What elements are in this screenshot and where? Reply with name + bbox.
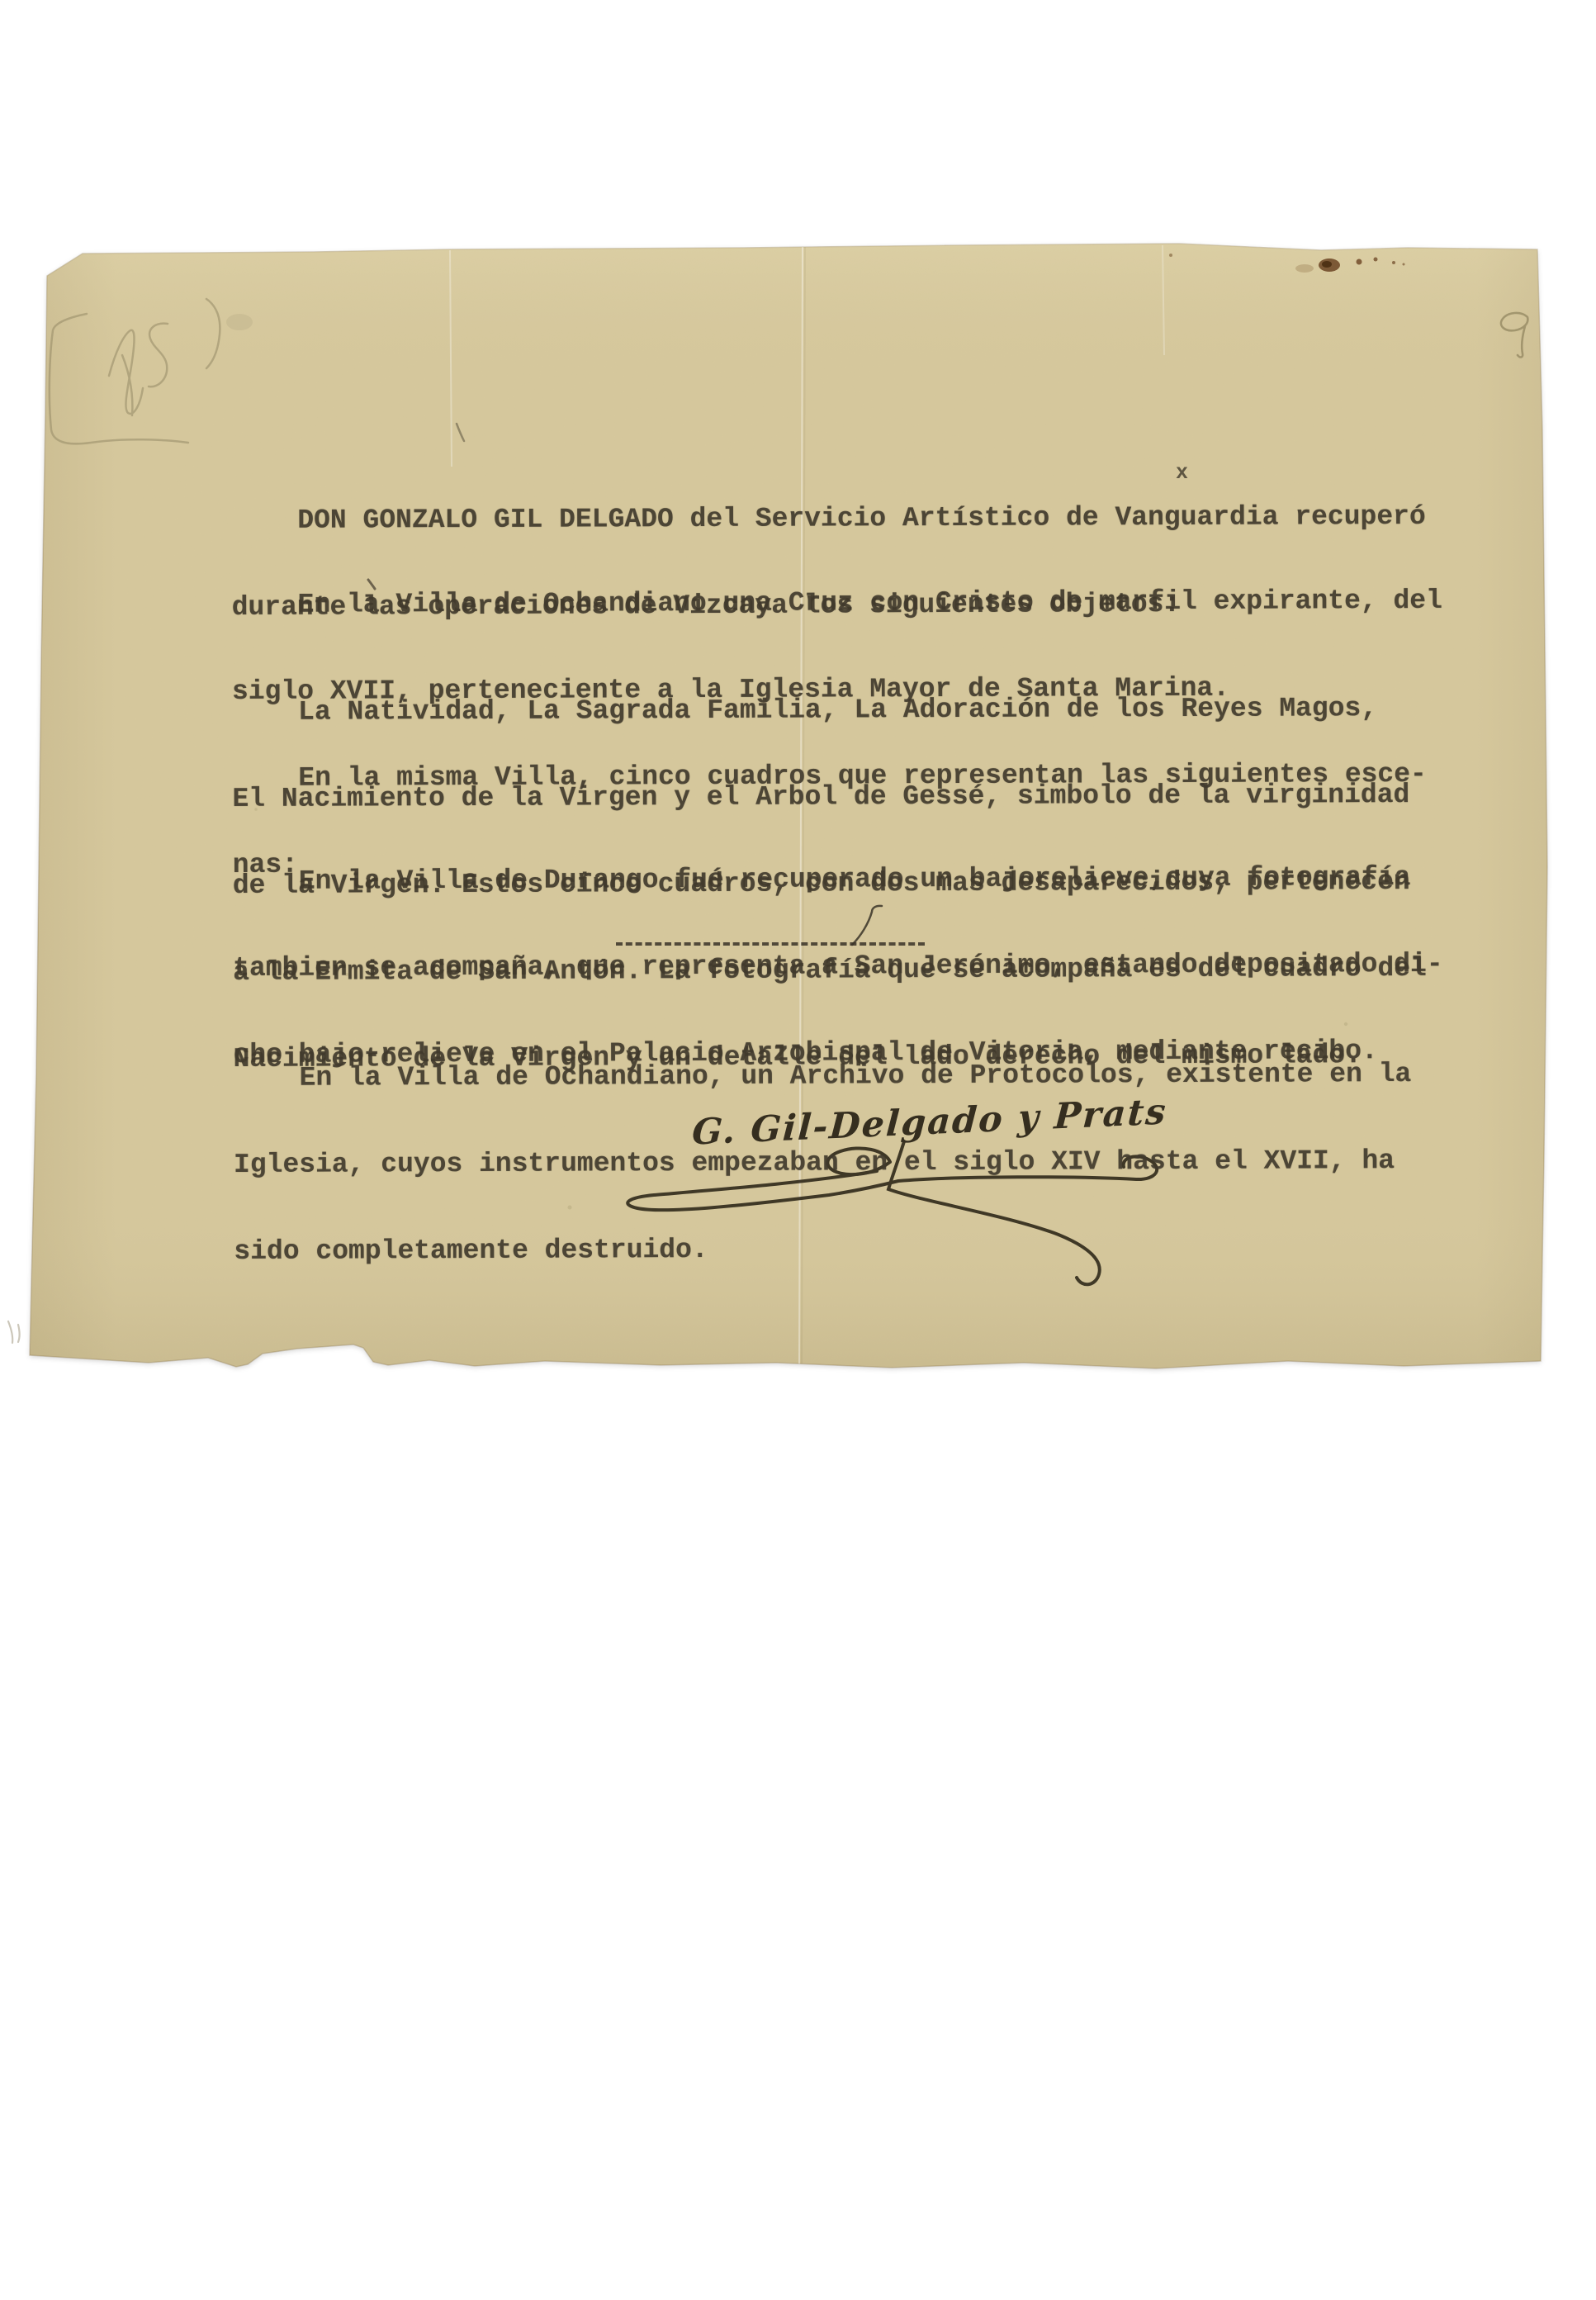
typed-line: En la Villa de Ochandiano, un Archivo de… <box>234 1059 1538 1093</box>
typed-line: tambien se acompaña, que representa a Sa… <box>233 949 1537 983</box>
typed-line: Iglesia, cuyos instrumentos empezaban en… <box>234 1145 1538 1179</box>
typed-divider-line <box>616 942 925 946</box>
scanned-document-page: DON GONZALO GIL DELGADO del Servicio Art… <box>0 0 1596 2300</box>
typed-line: En la Villa de Durango fué recuperado un… <box>233 862 1537 896</box>
typed-line: En la Villa de Ochandiano una Cruz con C… <box>232 586 1537 619</box>
overtype-x-mark: x <box>1176 461 1188 485</box>
typed-line: sido completamente destruido. <box>234 1232 1538 1266</box>
paragraph-archivo: En la Villa de Ochandiano, un Archivo de… <box>233 1001 1538 1324</box>
typed-line: La Natividad, La Sagrada Familia, La Ado… <box>232 693 1537 727</box>
typed-text-block: DON GONZALO GIL DELGADO del Servicio Art… <box>0 0 1596 2300</box>
